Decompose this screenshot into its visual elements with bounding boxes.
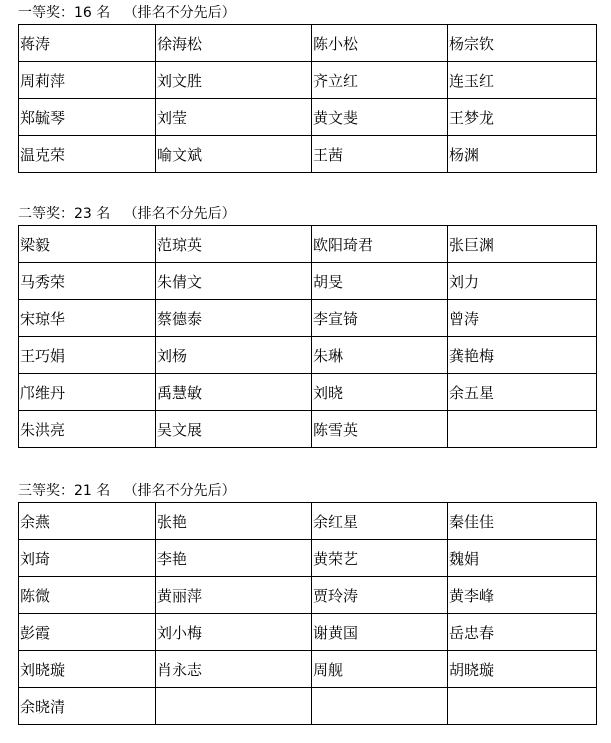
name-cell: 陈雪英	[312, 411, 448, 448]
name-cell: 邝维丹	[19, 374, 156, 411]
name-cell: 魏娟	[448, 540, 597, 577]
name-cell: 李宣锜	[312, 300, 448, 337]
name-cell: 徐海松	[156, 25, 312, 62]
name-cell: 秦佳佳	[448, 503, 597, 540]
name-cell: 梁毅	[19, 226, 156, 263]
name-cell: 余燕	[19, 503, 156, 540]
name-cell: 黄李峰	[448, 577, 597, 614]
second-prize-heading: 二等奖：23 名 （排名不分先后）	[18, 205, 236, 223]
table-row: 郑毓琴 刘莹 黄文斐 王梦龙	[19, 99, 597, 136]
name-cell: 刘晓璇	[19, 651, 156, 688]
name-cell: 刘琦	[19, 540, 156, 577]
name-cell	[448, 411, 597, 448]
name-cell: 刘小梅	[156, 614, 312, 651]
table-row: 陈微 黄丽萍 贾玲涛 黄李峰	[19, 577, 597, 614]
name-cell: 张巨渊	[448, 226, 597, 263]
name-cell: 黄荣艺	[312, 540, 448, 577]
name-cell: 朱琳	[312, 337, 448, 374]
name-cell: 余五星	[448, 374, 597, 411]
name-cell: 谢黄国	[312, 614, 448, 651]
table-row: 蒋涛 徐海松 陈小松 杨宗钦	[19, 25, 597, 62]
table-row: 彭霞 刘小梅 谢黄国 岳忠春	[19, 614, 597, 651]
name-cell: 肖永志	[156, 651, 312, 688]
table-row: 朱洪亮 吴文展 陈雪英	[19, 411, 597, 448]
name-cell: 欧阳琦君	[312, 226, 448, 263]
name-cell	[156, 688, 312, 725]
name-cell: 马秀荣	[19, 263, 156, 300]
name-cell: 宋琼华	[19, 300, 156, 337]
name-cell: 周莉萍	[19, 62, 156, 99]
name-cell: 蔡德泰	[156, 300, 312, 337]
name-cell: 范琼英	[156, 226, 312, 263]
name-cell: 余晓清	[19, 688, 156, 725]
table-row: 余晓清	[19, 688, 597, 725]
name-cell: 岳忠春	[448, 614, 597, 651]
name-cell: 蒋涛	[19, 25, 156, 62]
name-cell: 郑毓琴	[19, 99, 156, 136]
table-row: 梁毅 范琼英 欧阳琦君 张巨渊	[19, 226, 597, 263]
name-cell: 彭霞	[19, 614, 156, 651]
name-cell: 刘文胜	[156, 62, 312, 99]
name-cell: 胡晓璇	[448, 651, 597, 688]
third-prize-heading: 三等奖：21 名 （排名不分先后）	[18, 482, 236, 500]
name-cell: 吴文展	[156, 411, 312, 448]
name-cell: 余红星	[312, 503, 448, 540]
name-cell: 龚艳梅	[448, 337, 597, 374]
table-row: 王巧娟 刘杨 朱琳 龚艳梅	[19, 337, 597, 374]
table-row: 余燕 张艳 余红星 秦佳佳	[19, 503, 597, 540]
name-cell: 贾玲涛	[312, 577, 448, 614]
name-cell: 刘莹	[156, 99, 312, 136]
second-prize-table: 梁毅 范琼英 欧阳琦君 张巨渊 马秀荣 朱倩文 胡旻 刘力 宋琼华 蔡德泰 李宣…	[18, 225, 597, 448]
name-cell: 王茜	[312, 136, 448, 173]
third-prize-table: 余燕 张艳 余红星 秦佳佳 刘琦 李艳 黄荣艺 魏娟 陈微 黄丽萍 贾玲涛 黄李…	[18, 502, 597, 725]
name-cell: 曾涛	[448, 300, 597, 337]
table-row: 马秀荣 朱倩文 胡旻 刘力	[19, 263, 597, 300]
table-row: 周莉萍 刘文胜 齐立红 连玉红	[19, 62, 597, 99]
name-cell: 王梦龙	[448, 99, 597, 136]
name-cell: 齐立红	[312, 62, 448, 99]
name-cell: 张艳	[156, 503, 312, 540]
name-cell: 陈微	[19, 577, 156, 614]
table-row: 温克荣 喻文斌 王茜 杨渊	[19, 136, 597, 173]
name-cell: 朱倩文	[156, 263, 312, 300]
name-cell: 喻文斌	[156, 136, 312, 173]
name-cell: 李艳	[156, 540, 312, 577]
name-cell: 温克荣	[19, 136, 156, 173]
name-cell: 胡旻	[312, 263, 448, 300]
name-cell: 连玉红	[448, 62, 597, 99]
table-row: 刘琦 李艳 黄荣艺 魏娟	[19, 540, 597, 577]
table-row: 邝维丹 禹慧敏 刘晓 余五星	[19, 374, 597, 411]
name-cell: 杨渊	[448, 136, 597, 173]
table-row: 刘晓璇 肖永志 周舰 胡晓璇	[19, 651, 597, 688]
name-cell: 刘杨	[156, 337, 312, 374]
name-cell: 陈小松	[312, 25, 448, 62]
name-cell: 刘力	[448, 263, 597, 300]
name-cell	[448, 688, 597, 725]
first-prize-table: 蒋涛 徐海松 陈小松 杨宗钦 周莉萍 刘文胜 齐立红 连玉红 郑毓琴 刘莹 黄文…	[18, 24, 597, 173]
name-cell: 刘晓	[312, 374, 448, 411]
table-row: 宋琼华 蔡德泰 李宣锜 曾涛	[19, 300, 597, 337]
name-cell: 杨宗钦	[448, 25, 597, 62]
name-cell: 周舰	[312, 651, 448, 688]
name-cell: 王巧娟	[19, 337, 156, 374]
name-cell: 黄丽萍	[156, 577, 312, 614]
name-cell	[312, 688, 448, 725]
name-cell: 朱洪亮	[19, 411, 156, 448]
name-cell: 禹慧敏	[156, 374, 312, 411]
name-cell: 黄文斐	[312, 99, 448, 136]
first-prize-heading: 一等奖：16 名 （排名不分先后）	[18, 4, 236, 22]
